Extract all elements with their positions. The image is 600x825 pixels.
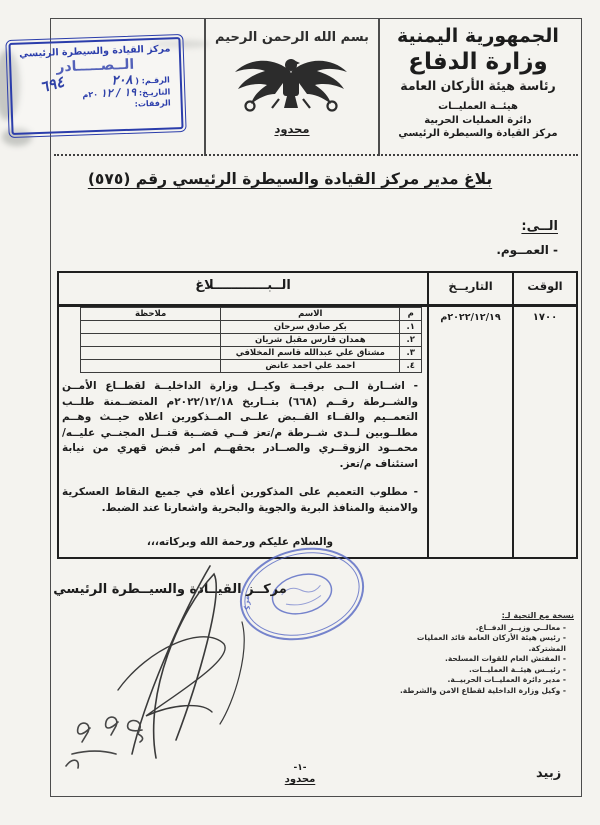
page-number: -١- [250,763,350,773]
list-item: - مدير دائرة العمليــات الحربيــة. [384,675,574,686]
report-paragraph-2: - مطلوب التعميم على المذكورين أعلاه في ج… [62,485,418,516]
registry-stamp: مركز القيادة والسيطرة الرئيسي الــصـــــ… [8,37,183,135]
document-title: بلاغ مدير مركز القيادة والسيطرة الرئيسي … [70,170,510,188]
command-control-center-line: مركز القيادة والسيطرة الرئيسي [380,127,576,141]
names-col-name: الاسم [221,308,400,321]
row-no: ٤. [400,360,422,373]
row-name: احمد علي احمد عانض [221,360,400,373]
operations-authority-line: هيئــة العمليــات [380,100,576,114]
letterhead-right-block: الجمهورية اليمنية وزارة الدفاع رئاسة هيئ… [380,24,576,141]
row-name: مشتاق علي عبدالله قاسم المخلافي [221,347,400,360]
list-item: - وكيل وزارة الداخلية لقطاع الامن والشرط… [384,686,574,697]
classification-footer: محدود [250,774,350,785]
stamp-date-suffix: ٢٠م [82,90,98,100]
table-row: ٤. احمد علي احمد عانض [81,360,422,373]
stamp-date-handwritten: ١٩ / ١٢ [101,86,137,100]
addressee-label: الــى: [521,219,558,234]
handwritten-initials [52,688,162,778]
time-value: ١٧٠٠ [514,312,576,323]
general-staff-line: رئاسة هيئة الأركان العامة [380,76,576,96]
row-note [81,321,221,334]
list-item: - رئيــس هيئــة العمليــات. [384,665,574,676]
ministry-name: وزارة الدفاع [380,48,576,76]
date-value: ٢٠٢٢/١٢/١٩م [429,312,512,323]
distribution-list: نسخة مع التحية لـ: - معالــي وزيــر الدف… [384,611,574,696]
list-item: - رئيس هيئة الأركان العامة قائد العمليات… [384,633,574,654]
stamp-number-label: الرقـم: ( [135,75,170,85]
column-header-date: التاريــخ [429,279,512,293]
row-note [81,334,221,347]
report-paragraph-1: - اشــارة الــى برقيــة وكيــل وزارة الد… [62,379,418,472]
row-note [81,347,221,360]
distribution-title: نسخة مع التحية لـ: [384,611,574,622]
bismillah-calligraphy: بسم الله الرحمن الرحيم [205,30,379,45]
letterhead-separator-dotted-line [54,154,578,156]
corner-annotation: زبيد [536,766,561,781]
row-no: ٢. [400,334,422,347]
table-row: ٢. همدان فارس مقبل شريان [81,334,422,347]
war-operations-dept-line: دائرة العمليات الحربية [380,114,576,128]
scanned-military-dispatch: { "letterhead": { "left_stamp": { "line1… [0,0,600,825]
stamp-date-label: التاريـخ: [139,87,171,97]
names-col-note: ملاحظة [81,308,221,321]
names-col-no: م [400,308,422,321]
report-body: - اشــارة الــى برقيــة وكيــل وزارة الد… [62,379,418,516]
table-row: ٣. مشتاق علي عبدالله قاسم المخلافي [81,347,422,360]
classification-header: محدود [205,122,379,136]
table-row: ١. بكر صادق سرحان [81,321,422,334]
row-no: ١. [400,321,422,334]
yemen-eagle-emblem [230,50,352,116]
row-name: همدان فارس مقبل شريان [221,334,400,347]
row-note [81,360,221,373]
list-item: - المفتش العام للقوات المسلحة. [384,654,574,665]
republic-name: الجمهورية اليمنية [380,24,576,48]
column-header-report: الــبــــــــــــلاغ [59,278,427,293]
addressee-value: - العمــوم. [496,243,558,257]
list-item: - معالــي وزيــر الدفــاع. [384,623,574,634]
names-header-row: م الاسم ملاحظة [81,308,422,321]
column-header-time: الوقت [514,279,576,293]
row-name: بكر صادق سرحان [221,321,400,334]
wanted-persons-table: م الاسم ملاحظة ١. بكر صادق سرحان ٢. همدا… [80,307,422,373]
row-no: ٣. [400,347,422,360]
